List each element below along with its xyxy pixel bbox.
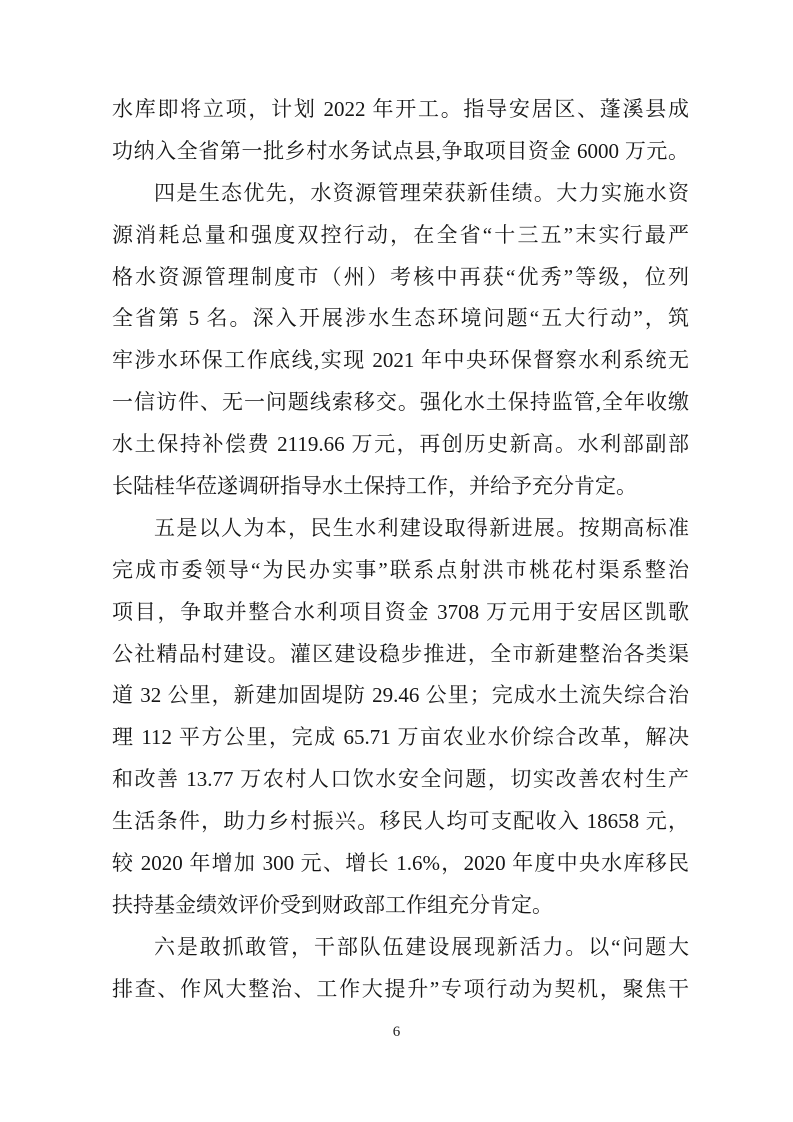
text-line: 较 2020 年增加 300 元、增长 1.6%，2020 年度中央水库移民	[112, 843, 689, 885]
text-line: 生活条件，助力乡村振兴。移民人均可支配收入 18658 元，	[112, 801, 689, 843]
text-line: 公社精品村建设。灌区建设稳步推进，全市新建整治各类渠	[112, 634, 689, 676]
text-line: 四是生态优先，水资源管理荣获新佳绩。大力实施水资	[112, 173, 689, 215]
document-page: 水库即将立项，计划 2022 年开工。指导安居区、蓬溪县成功纳入全省第一批乡村水…	[0, 0, 793, 1122]
text-line: 项目，争取并整合水利项目资金 3708 万元用于安居区凯歌	[112, 592, 689, 634]
paragraph: 水库即将立项，计划 2022 年开工。指导安居区、蓬溪县成功纳入全省第一批乡村水…	[112, 89, 689, 173]
text-line: 完成市委领导“为民办实事”联系点射洪市桃花村渠系整治	[112, 550, 689, 592]
text-line: 水土保持补偿费 2119.66 万元，再创历史新高。水利部副部	[112, 424, 689, 466]
text-line: 水库即将立项，计划 2022 年开工。指导安居区、蓬溪县成	[112, 89, 689, 131]
text-line: 长陆桂华莅遂调研指导水土保持工作，并给予充分肯定。	[112, 466, 689, 508]
text-line: 格水资源管理制度市（州）考核中再获“优秀”等级，位列	[112, 257, 689, 299]
paragraph: 四是生态优先，水资源管理荣获新佳绩。大力实施水资源消耗总量和强度双控行动，在全省…	[112, 173, 689, 508]
text-line: 理 112 平方公里，完成 65.71 万亩农业水价综合改革，解决	[112, 717, 689, 759]
text-line: 一信访件、无一问题线索移交。强化水土保持监管,全年收缴	[112, 382, 689, 424]
page-number: 6	[0, 1022, 793, 1042]
text-line: 牢涉水环保工作底线,实现 2021 年中央环保督察水利系统无	[112, 340, 689, 382]
text-line: 源消耗总量和强度双控行动，在全省“十三五”末实行最严	[112, 215, 689, 257]
text-line: 道 32 公里，新建加固堤防 29.46 公里；完成水土流失综合治	[112, 675, 689, 717]
text-line: 排查、作风大整治、工作大提升”专项行动为契机，聚焦干	[112, 969, 689, 1011]
text-line: 五是以人为本，民生水利建设取得新进展。按期高标准	[112, 508, 689, 550]
text-line: 六是敢抓敢管，干部队伍建设展现新活力。以“问题大	[112, 927, 689, 969]
text-line: 全省第 5 名。深入开展涉水生态环境问题“五大行动”，筑	[112, 298, 689, 340]
text-line: 功纳入全省第一批乡村水务试点县,争取项目资金 6000 万元。	[112, 131, 689, 173]
paragraph: 六是敢抓敢管，干部队伍建设展现新活力。以“问题大排查、作风大整治、工作大提升”专…	[112, 927, 689, 1011]
document-body: 水库即将立项，计划 2022 年开工。指导安居区、蓬溪县成功纳入全省第一批乡村水…	[112, 89, 689, 1011]
text-line: 和改善 13.77 万农村人口饮水安全问题，切实改善农村生产	[112, 759, 689, 801]
text-line: 扶持基金绩效评价受到财政部工作组充分肯定。	[112, 885, 689, 927]
paragraph: 五是以人为本，民生水利建设取得新进展。按期高标准完成市委领导“为民办实事”联系点…	[112, 508, 689, 927]
